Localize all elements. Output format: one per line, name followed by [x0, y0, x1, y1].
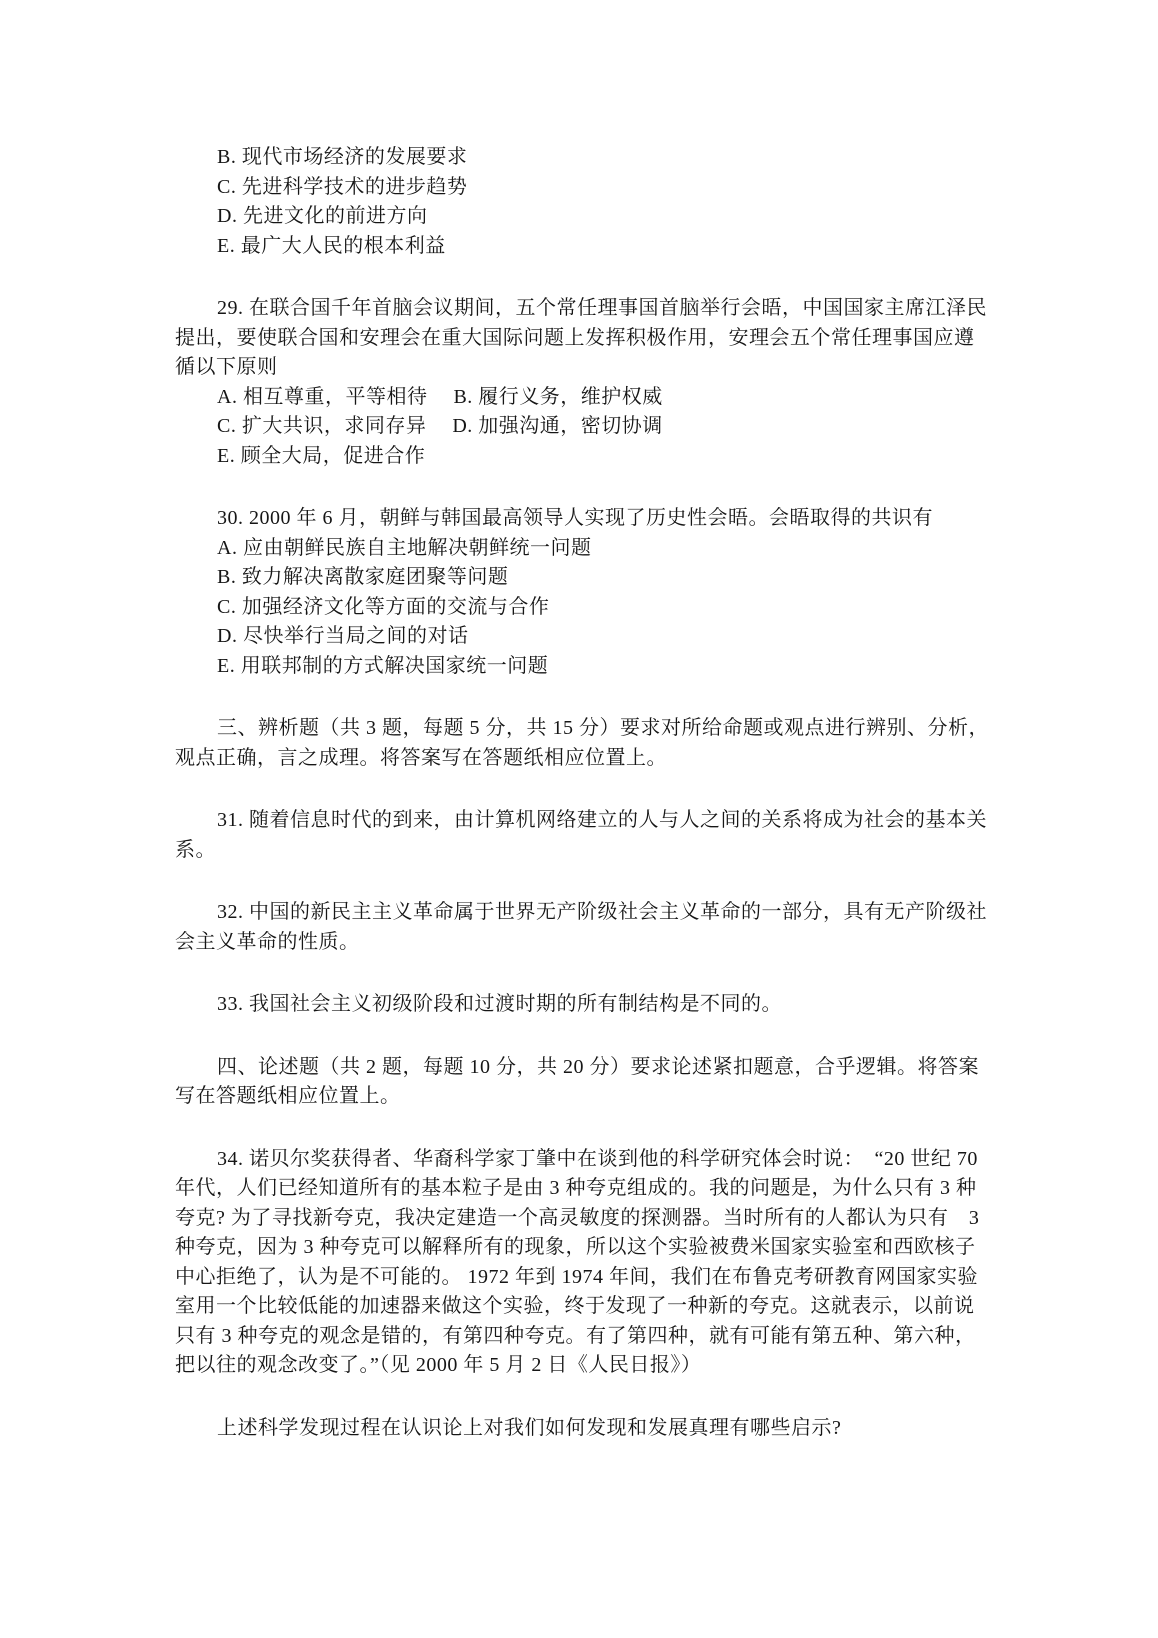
q29-options-ab: A. 相互尊重，平等相待 B. 履行义务，维护权威	[175, 383, 978, 413]
q34-line-2: 年代，人们已经知道所有的基本粒子是由 3 种夸克组成的。我的问题是，为什么只有 …	[175, 1174, 978, 1204]
question-28-options: B. 现代市场经济的发展要求 C. 先进科学技术的进步趋势 D. 先进文化的前进…	[175, 143, 978, 261]
section-3-line-2: 观点正确，言之成理。将答案写在答题纸相应位置上。	[175, 744, 978, 774]
q32-line-2: 会主义革命的性质。	[175, 928, 978, 958]
question-34-prompt: 上述科学发现过程在认识论上对我们如何发现和发展真理有哪些启示?	[175, 1414, 978, 1444]
q29-line-2: 提出，要使联合国和安理会在重大国际问题上发挥积极作用，安理会五个常任理事国应遵	[175, 324, 978, 354]
q30-option-e: E. 用联邦制的方式解决国家统一问题	[175, 652, 978, 682]
q28-option-d: D. 先进文化的前进方向	[175, 202, 978, 232]
q30-option-b: B. 致力解决离散家庭团聚等问题	[175, 563, 978, 593]
q30-option-c: C. 加强经济文化等方面的交流与合作	[175, 593, 978, 623]
q29-options-cd: C. 扩大共识，求同存异 D. 加强沟通，密切协调	[175, 412, 978, 442]
q34-prompt-line: 上述科学发现过程在认识论上对我们如何发现和发展真理有哪些启示?	[175, 1414, 978, 1444]
q34-line-3: 夸克? 为了寻找新夸克，我决定建造一个高灵敏度的探测器。当时所有的人都认为只有 …	[175, 1204, 978, 1234]
q30-option-a: A. 应由朝鲜民族自主地解决朝鲜统一问题	[175, 534, 978, 564]
q34-line-7: 只有 3 种夸克的观念是错的，有第四种夸克。有了第四种，就有可能有第五种、第六种…	[175, 1322, 978, 1352]
question-31: 31. 随着信息时代的到来，由计算机网络建立的人与人之间的关系将成为社会的基本关…	[175, 806, 978, 865]
question-33: 33. 我国社会主义初级阶段和过渡时期的所有制结构是不同的。	[175, 990, 978, 1020]
question-29: 29. 在联合国千年首脑会议期间，五个常任理事国首脑举行会晤，中国国家主席江泽民…	[175, 294, 978, 471]
q29-line-1: 29. 在联合国千年首脑会议期间，五个常任理事国首脑举行会晤，中国国家主席江泽民	[175, 294, 978, 324]
question-34: 34. 诺贝尔奖获得者、华裔科学家丁肇中在谈到他的科学研究体会时说： “20 世…	[175, 1145, 978, 1381]
q31-line-2: 系。	[175, 836, 978, 866]
q33-line-1: 33. 我国社会主义初级阶段和过渡时期的所有制结构是不同的。	[175, 990, 978, 1020]
q30-option-d: D. 尽快举行当局之间的对话	[175, 622, 978, 652]
q34-line-8: 把以往的观念改变了。”（见 2000 年 5 月 2 日《人民日报》）	[175, 1351, 978, 1381]
question-30: 30. 2000 年 6 月，朝鲜与韩国最高领导人实现了历史性会晤。会晤取得的共…	[175, 504, 978, 681]
q28-option-e: E. 最广大人民的根本利益	[175, 232, 978, 262]
section-4-line-1: 四、论述题（共 2 题，每题 10 分，共 20 分）要求论述紧扣题意，合乎逻辑…	[175, 1053, 978, 1083]
q34-line-6: 室用一个比较低能的加速器来做这个实验，终于发现了一种新的夸克。这就表示，以前说	[175, 1292, 978, 1322]
question-32: 32. 中国的新民主主义革命属于世界无产阶级社会主义革命的一部分，具有无产阶级社…	[175, 898, 978, 957]
q28-option-b: B. 现代市场经济的发展要求	[175, 143, 978, 173]
document-page: B. 现代市场经济的发展要求 C. 先进科学技术的进步趋势 D. 先进文化的前进…	[0, 0, 1158, 1638]
section-4-header: 四、论述题（共 2 题，每题 10 分，共 20 分）要求论述紧扣题意，合乎逻辑…	[175, 1053, 978, 1112]
section-3-line-1: 三、辨析题（共 3 题，每题 5 分，共 15 分）要求对所给命题或观点进行辨别…	[175, 714, 978, 744]
q34-line-4: 种夸克，因为 3 种夸克可以解释所有的现象，所以这个实验被费米国家实验室和西欧核…	[175, 1233, 978, 1263]
q30-line-1: 30. 2000 年 6 月，朝鲜与韩国最高领导人实现了历史性会晤。会晤取得的共…	[175, 504, 978, 534]
q29-option-e: E. 顾全大局，促进合作	[175, 442, 978, 472]
q28-option-c: C. 先进科学技术的进步趋势	[175, 173, 978, 203]
q32-line-1: 32. 中国的新民主主义革命属于世界无产阶级社会主义革命的一部分，具有无产阶级社	[175, 898, 978, 928]
q34-line-5: 中心拒绝了，认为是不可能的。 1972 年到 1974 年间，我们在布鲁克考研教…	[175, 1263, 978, 1293]
q29-line-3: 循以下原则	[175, 353, 978, 383]
q34-line-1: 34. 诺贝尔奖获得者、华裔科学家丁肇中在谈到他的科学研究体会时说： “20 世…	[175, 1145, 978, 1175]
section-3-header: 三、辨析题（共 3 题，每题 5 分，共 15 分）要求对所给命题或观点进行辨别…	[175, 714, 978, 773]
q31-line-1: 31. 随着信息时代的到来，由计算机网络建立的人与人之间的关系将成为社会的基本关	[175, 806, 978, 836]
section-4-line-2: 写在答题纸相应位置上。	[175, 1082, 978, 1112]
